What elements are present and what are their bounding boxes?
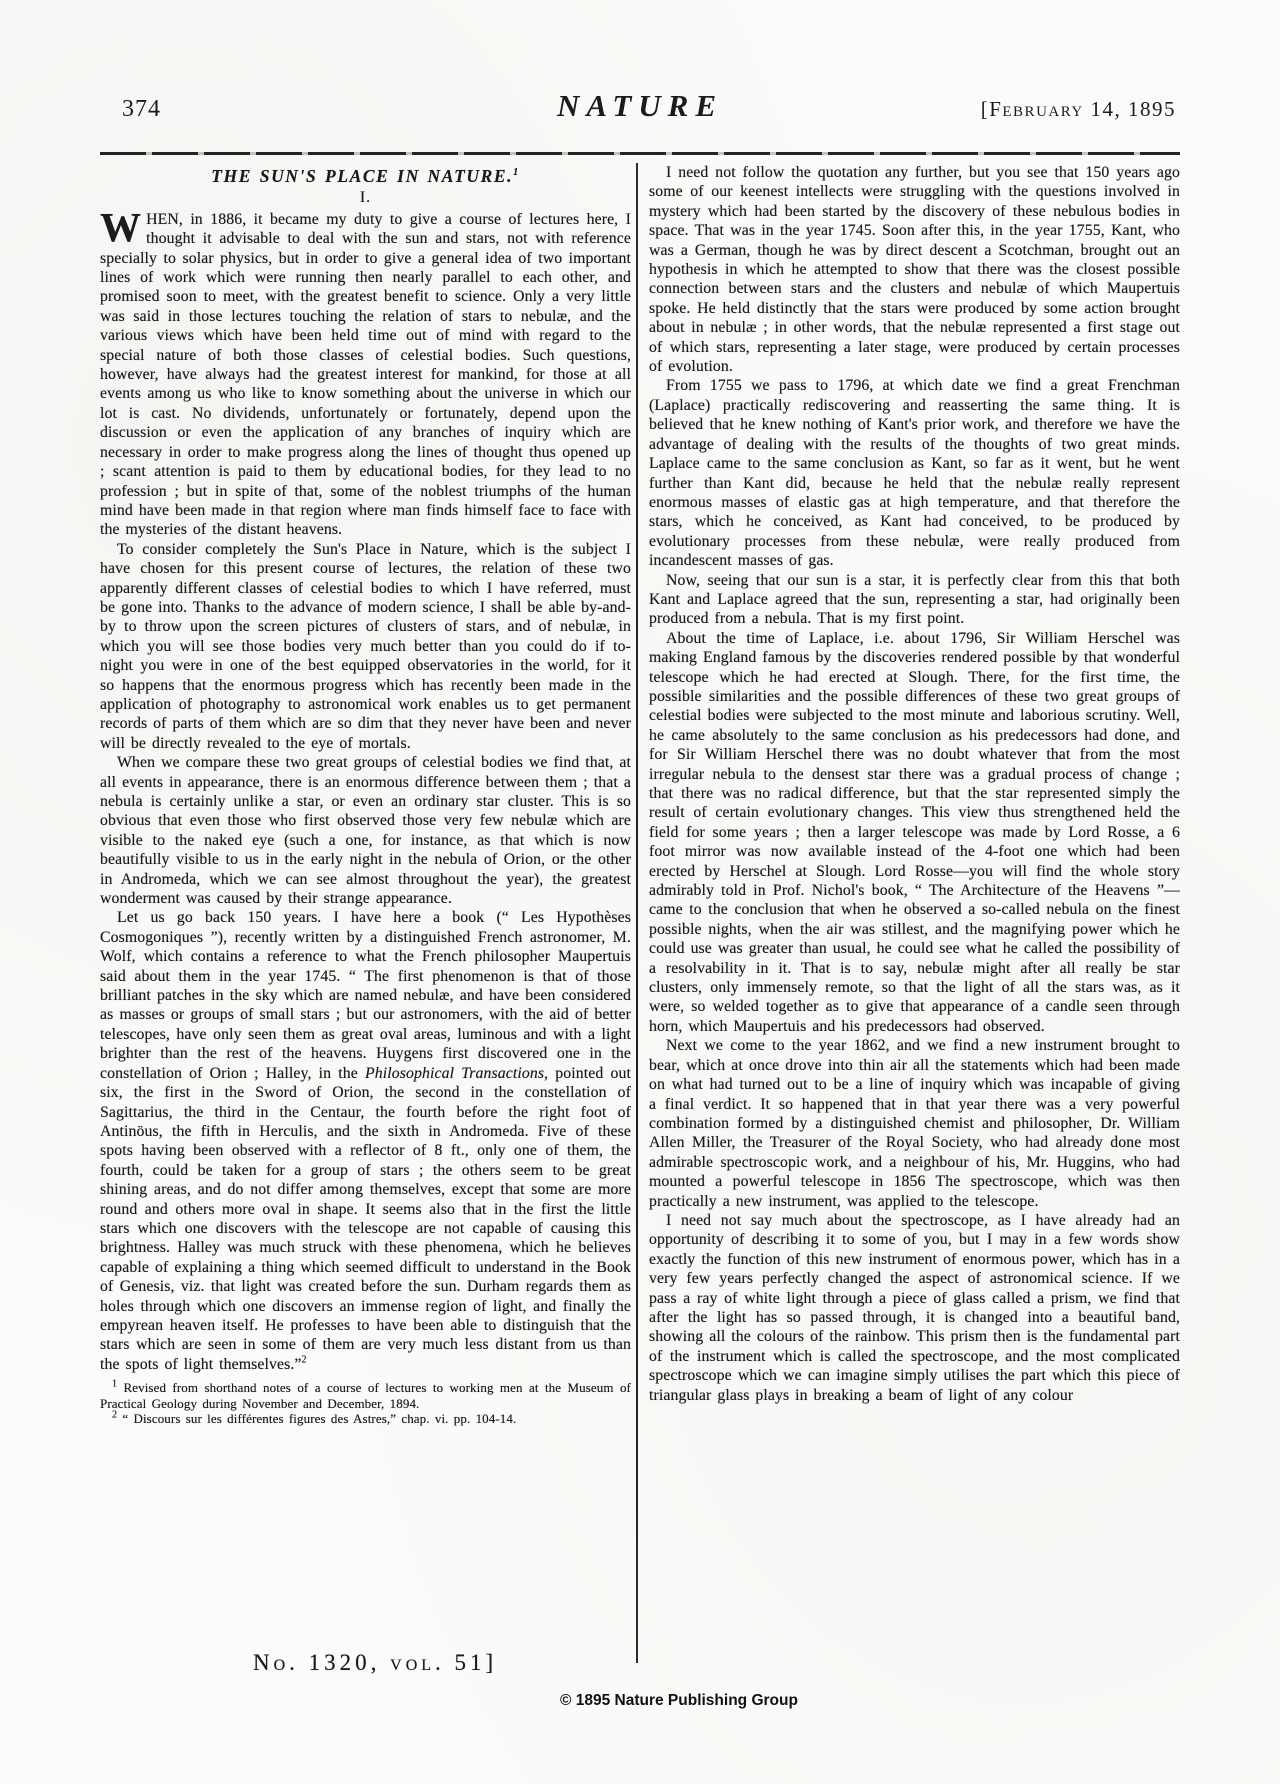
footnote: 1 Revised from shorthand notes of a cour…: [100, 1380, 631, 1411]
paragraph-text: Let us go back 150 years. I have here a …: [100, 909, 631, 1081]
paragraph: To consider completely the Sun's Place i…: [100, 540, 631, 753]
footnotes: 1 Revised from shorthand notes of a cour…: [100, 1380, 631, 1427]
issue-date: [February 14, 1895: [723, 97, 1180, 122]
paragraph: Let us go back 150 years. I have here a …: [100, 908, 631, 1374]
cited-work-title: Philosophical Transactions: [365, 1065, 544, 1082]
paragraph-text: HEN, in 1886, it became my duty to give …: [100, 211, 631, 539]
paragraph: I need not follow the quotation any furt…: [649, 163, 1180, 376]
page-number: 374: [100, 96, 557, 123]
title-footnote-marker: 1: [513, 167, 520, 178]
volume-footer: No. 1320, vol. 51]: [253, 1650, 497, 1676]
section-number: I.: [100, 188, 631, 207]
journal-title: NATURE: [557, 88, 723, 124]
footnote-text: Revised from shorthand notes of a course…: [100, 1380, 631, 1411]
article-columns: THE SUN'S PLACE IN NATURE.1 I. WHEN, in …: [100, 163, 1180, 1663]
article-title-text: THE SUN'S PLACE IN NATURE.: [211, 166, 513, 186]
journal-page: 374 NATURE [February 14, 1895 THE SUN'S …: [0, 0, 1280, 1784]
footnote-text: “ Discours sur les différentes figures d…: [122, 1411, 516, 1426]
right-column: I need not follow the quotation any furt…: [640, 163, 1180, 1663]
column-divider: [636, 163, 638, 1663]
paragraph: When we compare these two great groups o…: [100, 753, 631, 908]
paragraph: I need not say much about the spectrosco…: [649, 1211, 1180, 1405]
paragraph-text: , pointed out six, the first in the Swor…: [100, 1065, 631, 1373]
footnote-marker: 2: [112, 1410, 117, 1421]
footnote-marker: 1: [112, 1379, 117, 1390]
drop-cap: W: [100, 210, 146, 244]
header-rule: [100, 152, 1180, 155]
article-title: THE SUN'S PLACE IN NATURE.1: [100, 167, 631, 186]
paragraph: Next we come to the year 1862, and we fi…: [649, 1036, 1180, 1211]
paragraph: WHEN, in 1886, it became my duty to give…: [100, 210, 631, 540]
copyright-notice: © 1895 Nature Publishing Group: [560, 1692, 798, 1710]
footnote: 2 “ Discours sur les différentes figures…: [100, 1411, 631, 1427]
paragraph: Now, seeing that our sun is a star, it i…: [649, 571, 1180, 629]
left-column: THE SUN'S PLACE IN NATURE.1 I. WHEN, in …: [100, 163, 634, 1663]
page-header: 374 NATURE [February 14, 1895: [100, 88, 1180, 140]
paragraph: About the time of Laplace, i.e. about 17…: [649, 629, 1180, 1037]
paragraph: From 1755 we pass to 1796, at which date…: [649, 376, 1180, 570]
footnote-marker: 2: [302, 1355, 307, 1366]
